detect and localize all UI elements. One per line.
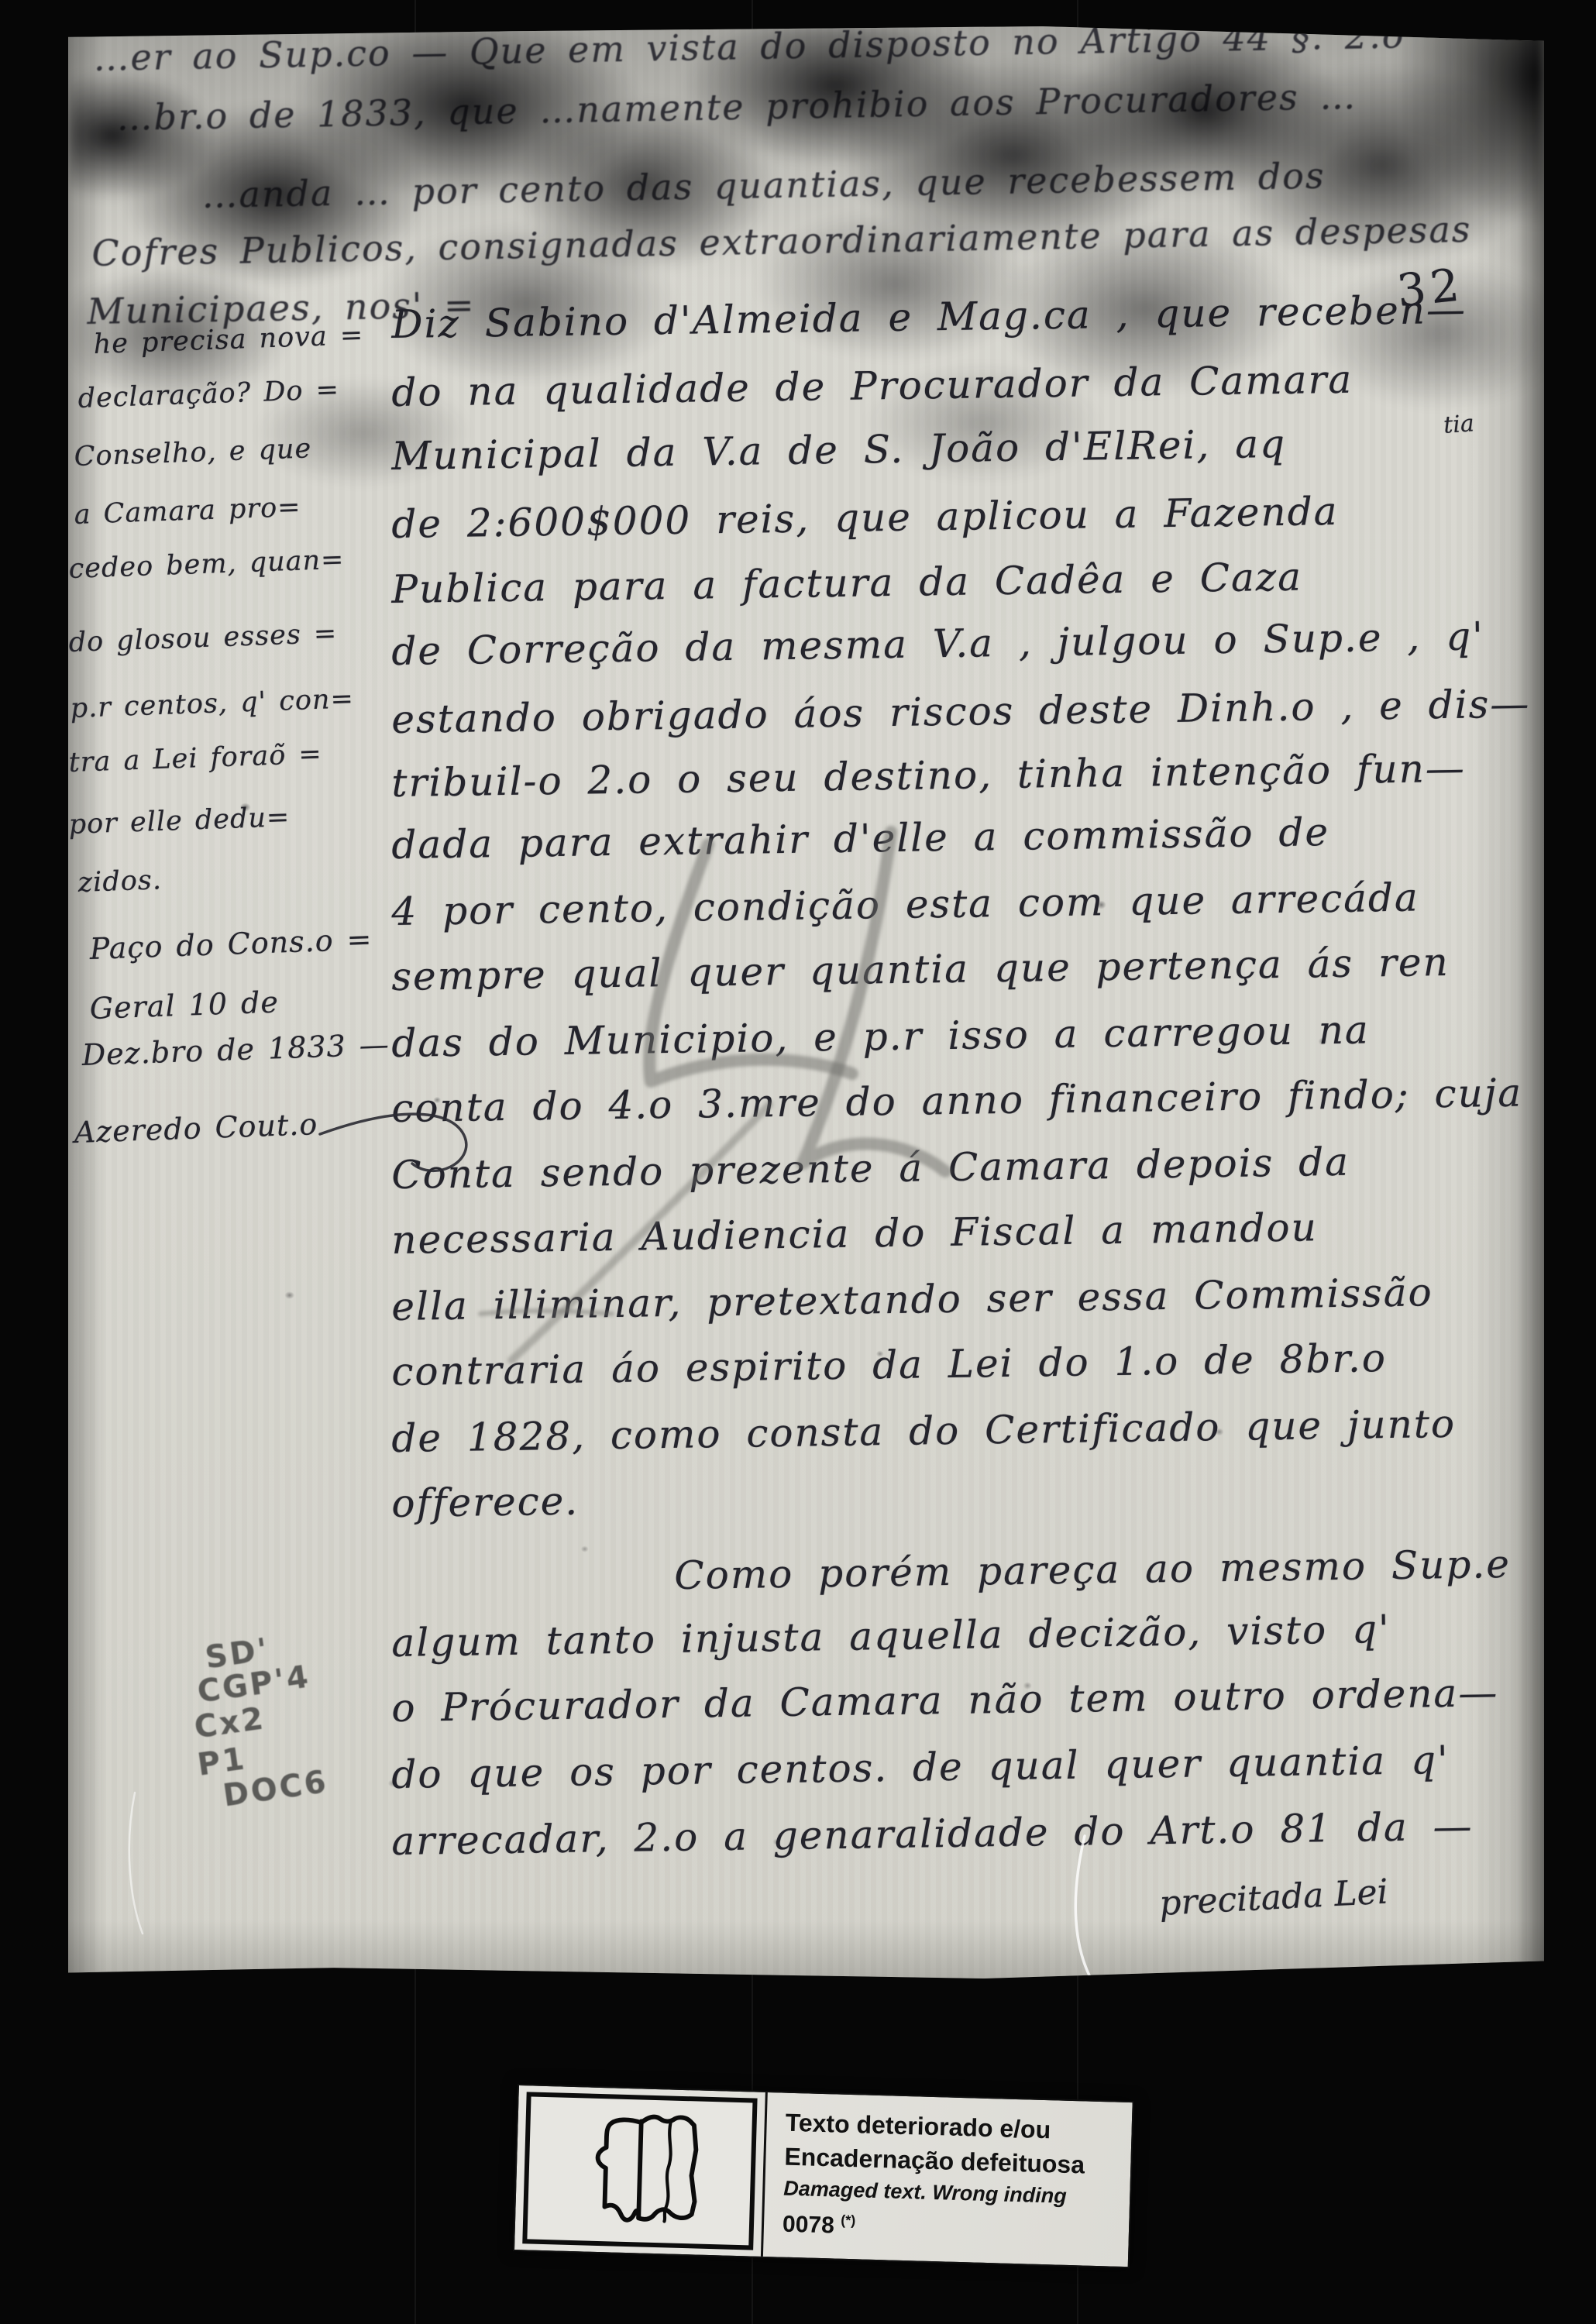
margin-note-line: zidos. [77,865,163,899]
margin-note-line: p.r centos, q' con= [70,683,354,724]
manuscript-line: contraria áo espirito da Lei do 1.o de 8… [391,1336,1387,1394]
manuscript-line: necessaria Audiencia do Fiscal a mandou [391,1205,1318,1263]
manuscript-line: dada para extrahir d'elle a commissão de [391,810,1329,868]
damaged-book-icon [522,2092,757,2250]
interlinear-note: tia [1443,410,1475,439]
margin-dispatch-line: Geral 10 de [89,985,280,1025]
manuscript-page: …er ao Sup.co — Que em vista do disposto… [68,26,1544,1978]
paper-scratch [1075,1836,1089,1975]
archive-damage-label: Texto deteriorado e/ou Encadernação defe… [513,2084,1134,2268]
manuscript-line: de 2:600$000 reis, que aplicou a Fazenda [391,489,1339,547]
margin-dispatch-line: Dez.bro de 1833 — [81,1027,390,1072]
margin-signature: Azeredo Cout.o [74,1107,318,1150]
manuscript-line: …er ao Sup.co — Que em vista do disposto… [93,14,1405,79]
manuscript-line: Diz Sabino d'Almeida e Mag.ca , que rece… [391,287,1467,347]
manuscript-line: Como porém pareça ao mesmo Sup.e [674,1542,1511,1598]
margin-note-line: declaração? Do = [77,374,340,414]
manuscript-line: estando obrigado áos riscos deste Dinh.o… [391,681,1531,742]
label-text-section: Texto deteriorado e/ou Encadernação defe… [763,2092,1133,2267]
margin-note-line: a Camara pro= [74,492,301,531]
manuscript-line: Publica para a factura da Cadêa e Caza [391,555,1302,612]
margin-note-line: do glosou esses = [68,618,338,658]
margin-note-line: por elle dedu= [68,802,291,841]
label-number-note: (*) [841,2212,856,2229]
manuscript-line: offerece. [391,1479,579,1526]
manuscript-line: o Prócurador da Camara não tem outro ord… [391,1670,1499,1731]
manuscript-line: Conta sendo prezente á Camara depois da [391,1140,1350,1198]
manuscript-line: sempre qual quer quantia que pertença ás… [391,940,1450,999]
manuscript-line: Cofres Publicos, consignadas extraordina… [91,208,1472,274]
manuscript-line: …br.o de 1833, que …namente prohibio aos… [116,75,1357,139]
manuscript-line: do na qualidade de Procurador da Camara [391,357,1354,415]
manuscript-line: de 1828, como consta do Certificado que … [391,1401,1456,1461]
scanned-archival-document: { "manuscript": { "page_number": "32", "… [0,0,1596,2324]
margin-note-line: cedeo bem, quan= [68,545,345,585]
manuscript-line: do que os por centos. de qual quer quant… [391,1738,1450,1797]
manuscript-line: das do Municipio, e p.r isso a carregou … [391,1007,1370,1066]
catchword: precitada Lei [1158,1872,1389,1923]
margin-note-line: Conselho, e que [74,433,312,473]
manuscript-line: Municipal da V.a de S. João d'ElRei, aq [391,421,1286,479]
manuscript-line: tribuil-o 2.o o seu destino, tinha inten… [391,746,1466,806]
margin-dispatch-line: Paço do Cons.o = [89,922,373,966]
manuscript-line: ella illiminar, pretextando ser essa Com… [391,1270,1433,1329]
margin-note-line: tra a Lei foraõ = [68,739,322,779]
manuscript-line: de Correção da mesma V.a , julgou o Sup.… [391,614,1484,674]
manuscript-line: conta do 4.o 3.mre do anno financeiro fi… [391,1071,1522,1131]
paper-scratch [129,1793,143,1934]
label-icon-section [514,2085,768,2257]
manuscript-line: …anda … por cento das quantias, que rece… [201,155,1326,216]
manuscript-line: algum tanto injusta aquella decizão, vis… [391,1607,1391,1666]
manuscript-line: 4 por cento, condição esta com que arrec… [391,875,1419,934]
manuscript-line: arrecadar, 2.o a genaralidade do Art.o 8… [391,1804,1474,1864]
